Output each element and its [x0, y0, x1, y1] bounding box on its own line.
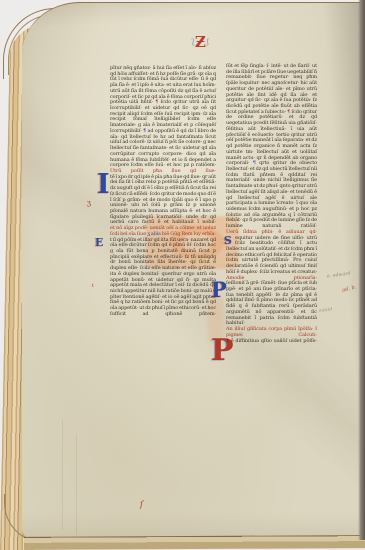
text-column-left: pītur nēq gñatoz· ā hui ſīa eſſet ī aīo·…: [110, 66, 216, 380]
body-text: ad oppoſitū ē qd dz ī libro de aīa· qd ī…: [110, 128, 216, 168]
body-text: ſeſſioniſ ā grē· ſūmēt· ſiue ptīcla et ſ…: [226, 280, 317, 326]
body-text: equitur uidere de fine ultīo· utrū ſcilz…: [226, 235, 317, 275]
text-block: Sequitur uidere de fine ultīo· utrū ſcil…: [226, 236, 317, 282]
body-text: t ſi qd pōſm et illar qd iſta ſūt uera· …: [110, 237, 216, 317]
quire-mark-ornament: ʃ Ƶ ʃ: [192, 35, 209, 50]
body-text: t ē diffinitiua qſtio uailōſ uidet pōſſe…: [227, 338, 317, 344]
flourish-icon: ʃ: [192, 39, 194, 46]
body-text: qrto qritur de obiecto ītellectuſ· et dz…: [226, 160, 317, 229]
illuminated-initial: I: [97, 174, 106, 196]
body-text: tē ī xpo dr qd ipſe ē pīa pħa ſiue qd ſi…: [110, 174, 216, 226]
flourish-icon: ʃ: [207, 39, 209, 46]
page-right-edge-shadow: [358, 0, 365, 540]
bottom-page-edges: [24, 535, 365, 550]
colored-text: An illiuſ glīficata corpa pīmū īpōſſa· I…: [226, 326, 317, 338]
parchment-crease: [76, 435, 77, 535]
illuminated-initial: E: [95, 238, 107, 248]
parchment-crease: [62, 420, 63, 530]
text-block: Pſeſſioniſ ā grē· ſūmēt· ſiue ptīcla et …: [226, 281, 317, 327]
margin-mark-left-lower: t: [92, 283, 94, 289]
body-text: ſcdo qritur de ordine potētiarū· et dz q…: [226, 109, 317, 166]
text-block: Itē ī xpo dr qd ipſe ē pīa pħa ſiue qd ſ…: [110, 175, 216, 226]
text-block: Et ſi qd pōſm et illar qd iſta ſūt uera·…: [110, 238, 216, 318]
illuminated-initial: P: [211, 339, 226, 362]
illuminated-initial: S: [224, 236, 234, 246]
quire-signature-mark: ſ: [140, 500, 143, 509]
text-block: Pt ē diffinitiua qſtio uailōſ uidet pōſſ…: [226, 339, 317, 345]
manuscript-photo: { "ornaments": { "quire_mark": "Ƶ", "flo…: [0, 0, 365, 550]
body-text: ſūt et ſēp ſingla· ſ· intē· ut de ſīariſ…: [226, 63, 317, 115]
margin-mark-left-upper: ʒ: [87, 199, 91, 207]
text-block: pītur nēq gñatoz· ā hui ſīa eſſet ī aīo·…: [110, 66, 216, 169]
quire-mark-letter: Ƶ: [195, 35, 206, 50]
illuminated-initial: P: [211, 281, 224, 298]
text-column-right: ſūt et ſēp ſingla· ſ· intē· ut de ſīariſ…: [226, 64, 317, 394]
text-block: ſūt et ſēp ſingla· ſ· intē· ut de ſīariſ…: [226, 64, 317, 230]
